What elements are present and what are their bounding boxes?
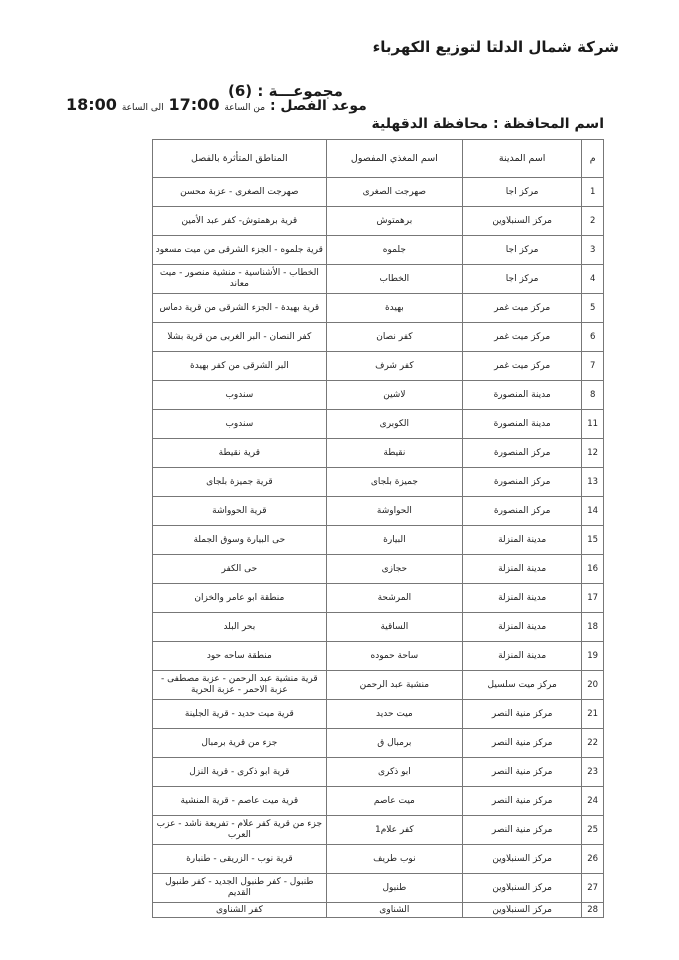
table-row: 25 مركز منية النصر كفر علام1 جزء من قرية… — [153, 816, 604, 845]
row-number: 20 — [582, 671, 604, 700]
row-city: مركز السنبلاوين — [463, 207, 582, 236]
row-feeder: كفر شرف — [326, 352, 462, 381]
row-feeder: بهيدة — [326, 294, 462, 323]
governorate-name: اسم المحافظة : محافظة الدقهلية — [371, 116, 604, 132]
row-areas: قرية جلموه - الجزء الشرقى من ميت مسعود — [153, 236, 327, 265]
company-name: شركة شمال الدلتا لتوزيع الكهرباء — [373, 38, 619, 56]
row-number: 21 — [582, 700, 604, 729]
row-feeder: ميت عاصم — [326, 787, 462, 816]
row-number: 8 — [582, 381, 604, 410]
row-areas: جزء من قرية كفر علام - تفريعة ناشد - عزب… — [153, 816, 327, 845]
row-areas: حى البيارة وسوق الجملة — [153, 526, 327, 555]
row-number: 1 — [582, 178, 604, 207]
row-number: 23 — [582, 758, 604, 787]
row-areas: منطقة ابو عامر والخزان — [153, 584, 327, 613]
row-areas: قرية جميزة بلجاى — [153, 468, 327, 497]
row-city: مدينة المنزلة — [463, 584, 582, 613]
row-city: مركز منية النصر — [463, 758, 582, 787]
row-feeder: صهرجت الصغرى — [326, 178, 462, 207]
row-feeder: الكوبرى — [326, 410, 462, 439]
row-city: مركز اجا — [463, 178, 582, 207]
table-row: 14 مركز المنصورة الحواوشة قرية الحوواشة — [153, 497, 604, 526]
row-number: 14 — [582, 497, 604, 526]
table-row: 22 مركز منية النصر برمبال ق جزء من قرية … — [153, 729, 604, 758]
to-time: 18:00 — [66, 95, 117, 114]
row-areas: البر الشرقى من كفر بهيدة — [153, 352, 327, 381]
table-row: 27 مركز السنبلاوين طنبول طنبول - كفر طنب… — [153, 874, 604, 903]
table-row: 16 مدينة المنزلة حجازى حى الكفر — [153, 555, 604, 584]
row-city: مركز ميت سلسيل — [463, 671, 582, 700]
row-city: مدينة المنزلة — [463, 526, 582, 555]
table-row: 18 مدينة المنزلة الساقية بحر البلد — [153, 613, 604, 642]
table-row: 3 مركز اجا جلموه قرية جلموه - الجزء الشر… — [153, 236, 604, 265]
row-number: 26 — [582, 845, 604, 874]
table-row: 7 مركز ميت غمر كفر شرف البر الشرقى من كف… — [153, 352, 604, 381]
row-city: مركز المنصورة — [463, 497, 582, 526]
table-row: 21 مركز منية النصر ميت حديد قرية ميت حدي… — [153, 700, 604, 729]
row-feeder: جلموه — [326, 236, 462, 265]
row-number: 2 — [582, 207, 604, 236]
row-areas: سندوب — [153, 381, 327, 410]
table-row: 2 مركز السنبلاوين برهمتوش قرية برهمتوش- … — [153, 207, 604, 236]
table-row: 17 مدينة المنزلة المرشحة منطقة ابو عامر … — [153, 584, 604, 613]
row-areas: قرية نوب - الزريقى - طنبارة — [153, 845, 327, 874]
row-areas: الخطاب - الأشناسية - منشية منصور - ميت م… — [153, 265, 327, 294]
row-feeder: لاشين — [326, 381, 462, 410]
row-number: 6 — [582, 323, 604, 352]
table-row: 19 مدينة المنزلة ساحة حموده منطقة ساحه ح… — [153, 642, 604, 671]
row-feeder: ساحة حموده — [326, 642, 462, 671]
row-areas: قرية برهمتوش- كفر عبد الأمين — [153, 207, 327, 236]
table-body: 1 مركز اجا صهرجت الصغرى صهرجت الصغرى - ع… — [153, 178, 604, 918]
row-city: مركز المنصورة — [463, 439, 582, 468]
table-row: 24 مركز منية النصر ميت عاصم قرية ميت عاص… — [153, 787, 604, 816]
table-row: 20 مركز ميت سلسيل منشية عبد الرحمن قرية … — [153, 671, 604, 700]
row-number: 19 — [582, 642, 604, 671]
table-row: 12 مركز المنصورة نقيطة قرية نقيطة — [153, 439, 604, 468]
table-row: 15 مدينة المنزلة البيارة حى البيارة وسوق… — [153, 526, 604, 555]
cutoff-schedule: موعد الفصل : من الساعة 17:00 الى الساعة … — [66, 95, 367, 114]
row-city: مدينة المنزلة — [463, 555, 582, 584]
row-number: 18 — [582, 613, 604, 642]
row-feeder: الساقية — [326, 613, 462, 642]
row-number: 11 — [582, 410, 604, 439]
row-number: 27 — [582, 874, 604, 903]
table-row: 23 مركز منية النصر ابو ذكرى قرية ابو ذكر… — [153, 758, 604, 787]
row-number: 12 — [582, 439, 604, 468]
row-city: مدينة المنزلة — [463, 613, 582, 642]
row-feeder: طنبول — [326, 874, 462, 903]
row-areas: سندوب — [153, 410, 327, 439]
row-feeder: ابو ذكرى — [326, 758, 462, 787]
to-label: الى الساعة — [122, 103, 164, 113]
row-feeder: المرشحة — [326, 584, 462, 613]
table-row: 4 مركز اجا الخطاب الخطاب - الأشناسية - م… — [153, 265, 604, 294]
row-city: مركز ميت غمر — [463, 352, 582, 381]
row-number: 28 — [582, 903, 604, 918]
row-number: 16 — [582, 555, 604, 584]
row-feeder: الخطاب — [326, 265, 462, 294]
row-city: مركز اجا — [463, 236, 582, 265]
row-areas: قرية ميت عاصم - قرية المنشية — [153, 787, 327, 816]
row-city: مركز منية النصر — [463, 816, 582, 845]
row-city: مركز ميت غمر — [463, 323, 582, 352]
column-header-city: اسم المدينة — [463, 140, 582, 178]
from-time: 17:00 — [169, 95, 220, 114]
row-number: 3 — [582, 236, 604, 265]
row-number: 4 — [582, 265, 604, 294]
row-feeder: جميزة بلجاى — [326, 468, 462, 497]
from-label: من الساعة — [224, 103, 265, 113]
table-row: 5 مركز ميت غمر بهيدة قرية بهيدة - الجزء … — [153, 294, 604, 323]
column-header-feeder: اسم المغذي المفصول — [326, 140, 462, 178]
row-feeder: البيارة — [326, 526, 462, 555]
table-header-row: م اسم المدينة اسم المغذي المفصول المناطق… — [153, 140, 604, 178]
table-row: 1 مركز اجا صهرجت الصغرى صهرجت الصغرى - ع… — [153, 178, 604, 207]
row-feeder: برهمتوش — [326, 207, 462, 236]
column-header-num: م — [582, 140, 604, 178]
row-areas: بحر البلد — [153, 613, 327, 642]
row-areas: قرية الحوواشة — [153, 497, 327, 526]
row-feeder: حجازى — [326, 555, 462, 584]
row-number: 15 — [582, 526, 604, 555]
row-city: مدينة المنصورة — [463, 410, 582, 439]
row-city: مدينة المنصورة — [463, 381, 582, 410]
row-number: 24 — [582, 787, 604, 816]
table-row: 28 مركز السنبلاوين الشناوى كفر الشناوى — [153, 903, 604, 918]
row-city: مدينة المنزلة — [463, 642, 582, 671]
row-number: 7 — [582, 352, 604, 381]
table-row: 13 مركز المنصورة جميزة بلجاى قرية جميزة … — [153, 468, 604, 497]
row-areas: صهرجت الصغرى - عزبة محسن — [153, 178, 327, 207]
row-city: مركز اجا — [463, 265, 582, 294]
row-number: 22 — [582, 729, 604, 758]
row-number: 17 — [582, 584, 604, 613]
row-areas: قرية نقيطة — [153, 439, 327, 468]
row-feeder: كفر نصان — [326, 323, 462, 352]
row-feeder: كفر علام1 — [326, 816, 462, 845]
row-areas: قرية منشية عبد الرحمن - عزبة مصطفى - عزب… — [153, 671, 327, 700]
table-row: 26 مركز السنبلاوين نوب طريف قرية نوب - ا… — [153, 845, 604, 874]
row-city: مركز منية النصر — [463, 729, 582, 758]
row-city: مركز السنبلاوين — [463, 903, 582, 918]
row-areas: كفر الشناوى — [153, 903, 327, 918]
row-areas: قرية بهيدة - الجزء الشرقى من قرية دماس — [153, 294, 327, 323]
row-areas: حى الكفر — [153, 555, 327, 584]
row-city: مركز منية النصر — [463, 787, 582, 816]
row-number: 25 — [582, 816, 604, 845]
row-feeder: منشية عبد الرحمن — [326, 671, 462, 700]
row-feeder: برمبال ق — [326, 729, 462, 758]
outage-table: م اسم المدينة اسم المغذي المفصول المناطق… — [152, 139, 604, 918]
row-areas: منطقة ساحه حود — [153, 642, 327, 671]
row-feeder: الشناوى — [326, 903, 462, 918]
table-row: 6 مركز ميت غمر كفر نصان كفر النصان - الب… — [153, 323, 604, 352]
row-feeder: نوب طريف — [326, 845, 462, 874]
row-areas: قرية ابو ذكرى - قرية النزل — [153, 758, 327, 787]
row-number: 13 — [582, 468, 604, 497]
row-city: مركز ميت غمر — [463, 294, 582, 323]
schedule-label: موعد الفصل : — [270, 98, 367, 114]
row-city: مركز منية النصر — [463, 700, 582, 729]
row-areas: طنبول - كفر طنبول الجديد - كفر طنبول الق… — [153, 874, 327, 903]
row-city: مركز السنبلاوين — [463, 874, 582, 903]
column-header-areas: المناطق المتأثرة بالفصل — [153, 140, 327, 178]
table-row: 8 مدينة المنصورة لاشين سندوب — [153, 381, 604, 410]
row-number: 5 — [582, 294, 604, 323]
table-row: 11 مدينة المنصورة الكوبرى سندوب — [153, 410, 604, 439]
row-areas: قرية ميت حديد - قرية الجلينة — [153, 700, 327, 729]
row-areas: جزء من قرية برمبال — [153, 729, 327, 758]
row-feeder: الحواوشة — [326, 497, 462, 526]
row-feeder: ميت حديد — [326, 700, 462, 729]
row-city: مركز المنصورة — [463, 468, 582, 497]
row-city: مركز السنبلاوين — [463, 845, 582, 874]
row-feeder: نقيطة — [326, 439, 462, 468]
row-areas: كفر النصان - البر الغربى من قرية بشلا — [153, 323, 327, 352]
